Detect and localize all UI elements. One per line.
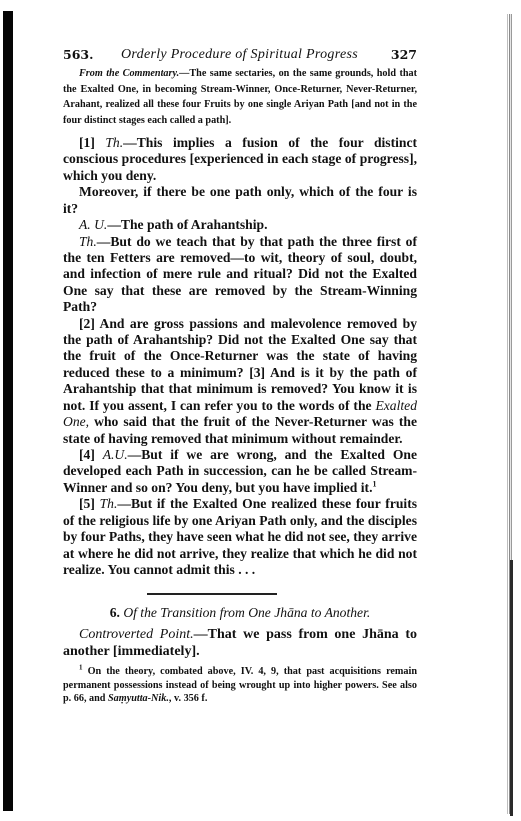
commentary-label: From the Commentary. <box>79 68 179 79</box>
paragraph-3: A. U.—The path of Arahantship. <box>63 217 417 233</box>
speaker-label: Th. <box>105 135 123 150</box>
section-heading-number: 6. <box>110 605 120 620</box>
running-header: 563. Orderly Procedure of Spiritual Prog… <box>63 47 417 63</box>
paragraph-1: [1] Th.—This implies a fusion of the fou… <box>63 135 417 184</box>
footnote-marker: 1 <box>79 664 83 672</box>
footnote-reference[interactable]: 1 <box>372 479 376 488</box>
paragraph-number: [1] <box>79 135 105 150</box>
speaker-label: A.U. <box>103 447 128 462</box>
section-divider <box>147 593 277 595</box>
paragraph-text: And are gross passions and malevolence r… <box>63 316 417 413</box>
paragraph-text-tail: who said that the fruit of the Never-Ret… <box>63 414 417 445</box>
controverted-point: Controverted Point.—That we pass from on… <box>63 626 417 660</box>
paragraph-4: Th.—But do we teach that by that path th… <box>63 234 417 316</box>
paragraph-number: [4] <box>79 447 103 462</box>
section-heading-title: Of the Transition from One Jhāna to Anot… <box>123 605 370 620</box>
paragraph-2: Moreover, if there be one path only, whi… <box>63 184 417 217</box>
controverted-label: Controverted Point. <box>79 627 194 642</box>
commentary-block: From the Commentary.—The same sectaries,… <box>63 66 417 128</box>
paragraph-7: [5] Th.—But if the Exalted One realized … <box>63 496 417 578</box>
footnote: 1 On the theory, combated above, IV. 4, … <box>63 665 417 706</box>
page-edge-right-shadow <box>510 560 513 816</box>
speaker-label: Th. <box>79 234 97 249</box>
speaker-label: Th. <box>100 496 118 511</box>
section-number: 563. <box>63 47 93 62</box>
paragraph-6: [4] A.U.—But if we are wrong, and the Ex… <box>63 447 417 496</box>
paragraph-number: [2] <box>79 316 100 331</box>
paragraph-text: —But if the Exalted One realized these f… <box>63 496 417 577</box>
footnote-paragraph: 1 On the theory, combated above, IV. 4, … <box>63 665 417 706</box>
paragraph-text: —But do we teach that by that path the t… <box>63 234 417 315</box>
page-number: 327 <box>391 47 417 62</box>
footnote-text-tail: , v. 356 f. <box>169 693 208 704</box>
commentary-paragraph: From the Commentary.—The same sectaries,… <box>63 66 417 128</box>
paragraph-text: —The path of Arahantship. <box>107 217 267 232</box>
section-heading: 6. Of the Transition from One Jhāna to A… <box>63 605 417 621</box>
speaker-label: A. U. <box>79 217 107 232</box>
paragraph-number: [5] <box>79 496 100 511</box>
paragraph-5: [2] And are gross passions and malevolen… <box>63 316 417 447</box>
paragraph-text: Moreover, if there be one path only, whi… <box>63 184 417 215</box>
main-text: [1] Th.—This implies a fusion of the fou… <box>63 135 417 578</box>
controverted-paragraph: Controverted Point.—That we pass from on… <box>63 626 417 660</box>
footnote-citation: Saṃyutta-Nik. <box>108 693 169 704</box>
page-binding-edge-left <box>3 11 13 811</box>
running-title: Orderly Procedure of Spiritual Progress <box>121 47 358 63</box>
